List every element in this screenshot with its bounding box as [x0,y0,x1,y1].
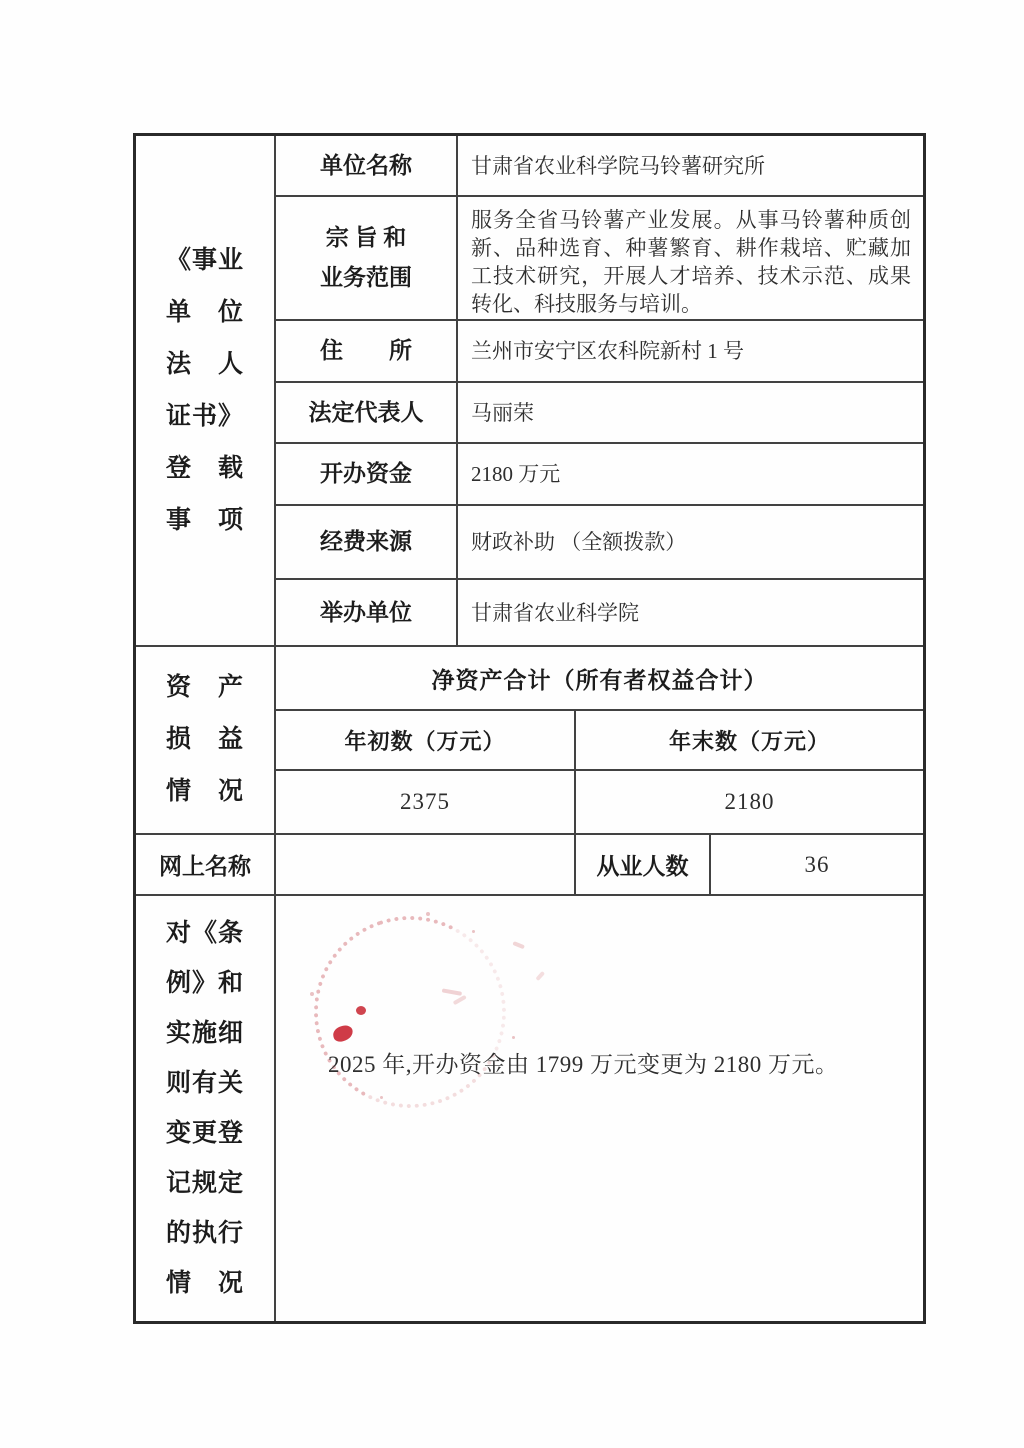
address-label: 住 所 [276,321,458,381]
side-label-line: 情 况 [166,766,244,818]
year-begin-column-label: 年初数（万元） [276,711,576,769]
side-label-line: 证书》 [166,391,244,443]
side-label-line: 法 人 [166,339,244,391]
purpose-scope-value: 服务全省马铃薯产业发展。从事马铃薯种质创新、品种选育、种薯繁育、耕作栽培、贮藏加… [458,197,923,319]
row-address: 住 所 兰州市安宁区农科院新村 1 号 [276,319,923,381]
compliance-content-cell: 2025 年,开办资金由 1799 万元变更为 2180 万元。 [276,896,923,1321]
online-name-value [276,835,576,894]
change-registration-statement: 2025 年,开办资金由 1799 万元变更为 2180 万元。 [328,1048,919,1082]
report-table: 《事业 单 位 法 人 证书》 登 载 事 项 单位名称 甘肃省农业科学院马铃薯… [133,133,926,1324]
side-label-line: 事 项 [166,495,244,547]
staff-count-value: 36 [711,835,923,894]
staff-count-label: 从业人数 [576,835,711,894]
side-label-line: 登 载 [166,443,244,495]
stamp-mark [453,995,467,1005]
assets-section: 资 产 损 益 情 况 净资产合计（所有者权益合计） 年初数（万元） 年末数（万… [136,645,923,833]
side-label-line: 则有关 [166,1059,244,1109]
opening-funds-label: 开办资金 [276,444,458,504]
online-name-label: 网上名称 [136,835,276,894]
unit-name-value: 甘肃省农业科学院马铃薯研究所 [458,136,923,195]
address-value: 兰州市安宁区农科院新村 1 号 [458,321,923,381]
opening-funds-value: 2180 万元 [458,444,923,504]
stamp-speck [512,1036,515,1039]
stamp-ink-blob [356,1006,366,1015]
row-funding-source: 经费来源 财政补助 （全额拨款） [276,504,923,578]
side-label-line: 资 产 [166,662,244,714]
stamp-mark [512,941,525,949]
unit-name-label: 单位名称 [276,136,458,195]
scanned-annual-report-page: 《事业 单 位 法 人 证书》 登 载 事 项 单位名称 甘肃省农业科学院马铃薯… [0,0,1024,1448]
side-label-line: 记规定 [166,1159,244,1209]
stamp-speck [310,992,314,996]
row-opening-funds: 开办资金 2180 万元 [276,442,923,504]
side-label-line: 《事业 [166,235,244,287]
certificate-items-rows: 单位名称 甘肃省农业科学院马铃薯研究所 宗 旨 和 业务范围 服务全省马铃薯产业… [276,136,923,645]
assets-table: 净资产合计（所有者权益合计） 年初数（万元） 年末数（万元） 2375 2180 [276,647,923,833]
funding-source-label: 经费来源 [276,506,458,578]
online-name-row: 网上名称 从业人数 36 [136,833,923,894]
row-unit-name: 单位名称 甘肃省农业科学院马铃薯研究所 [276,136,923,195]
year-end-column-label: 年末数（万元） [576,711,923,769]
net-assets-header: 净资产合计（所有者权益合计） [276,647,923,709]
certificate-items-side-label: 《事业 单 位 法 人 证书》 登 载 事 项 [136,136,276,645]
legal-representative-label: 法定代表人 [276,383,458,442]
legal-representative-value: 马丽荣 [458,383,923,442]
side-label-line: 变更登 [166,1109,244,1159]
row-legal-representative: 法定代表人 马丽荣 [276,381,923,442]
side-label-line: 例》和 [166,959,244,1009]
stamp-speck [380,1096,383,1099]
stamp-mark [442,988,462,995]
net-assets-column-labels: 年初数（万元） 年末数（万元） [276,709,923,769]
funding-source-value: 财政补助 （全额拨款） [458,506,923,578]
red-seal-stamp [289,891,531,1133]
net-assets-values: 2375 2180 [276,769,923,833]
side-label-line: 单 位 [166,287,244,339]
side-label-line: 的执行 [166,1209,244,1259]
side-label-line: 实施细 [166,1009,244,1059]
row-purpose-scope: 宗 旨 和 业务范围 服务全省马铃薯产业发展。从事马铃薯种质创新、品种选育、种薯… [276,195,923,319]
purpose-scope-label: 宗 旨 和 业务范围 [276,197,458,319]
assets-side-label: 资 产 损 益 情 况 [136,647,276,833]
stamp-speck [472,930,475,933]
organizer-value: 甘肃省农业科学院 [458,580,923,645]
compliance-side-label: 对《条 例》和 实施细 则有关 变更登 记规定 的执行 情 况 [136,896,276,1321]
stamp-mark [535,971,545,981]
certificate-items-section: 《事业 单 位 法 人 证书》 登 载 事 项 单位名称 甘肃省农业科学院马铃薯… [136,136,923,645]
year-end-value: 2180 [576,771,923,833]
compliance-section: 对《条 例》和 实施细 则有关 变更登 记规定 的执行 情 况 [136,894,923,1321]
year-begin-value: 2375 [276,771,576,833]
side-label-line: 情 况 [166,1259,244,1309]
side-label-line: 对《条 [166,909,244,959]
row-organizer: 举办单位 甘肃省农业科学院 [276,578,923,645]
stamp-speck [426,912,430,916]
organizer-label: 举办单位 [276,580,458,645]
side-label-line: 损 益 [166,714,244,766]
